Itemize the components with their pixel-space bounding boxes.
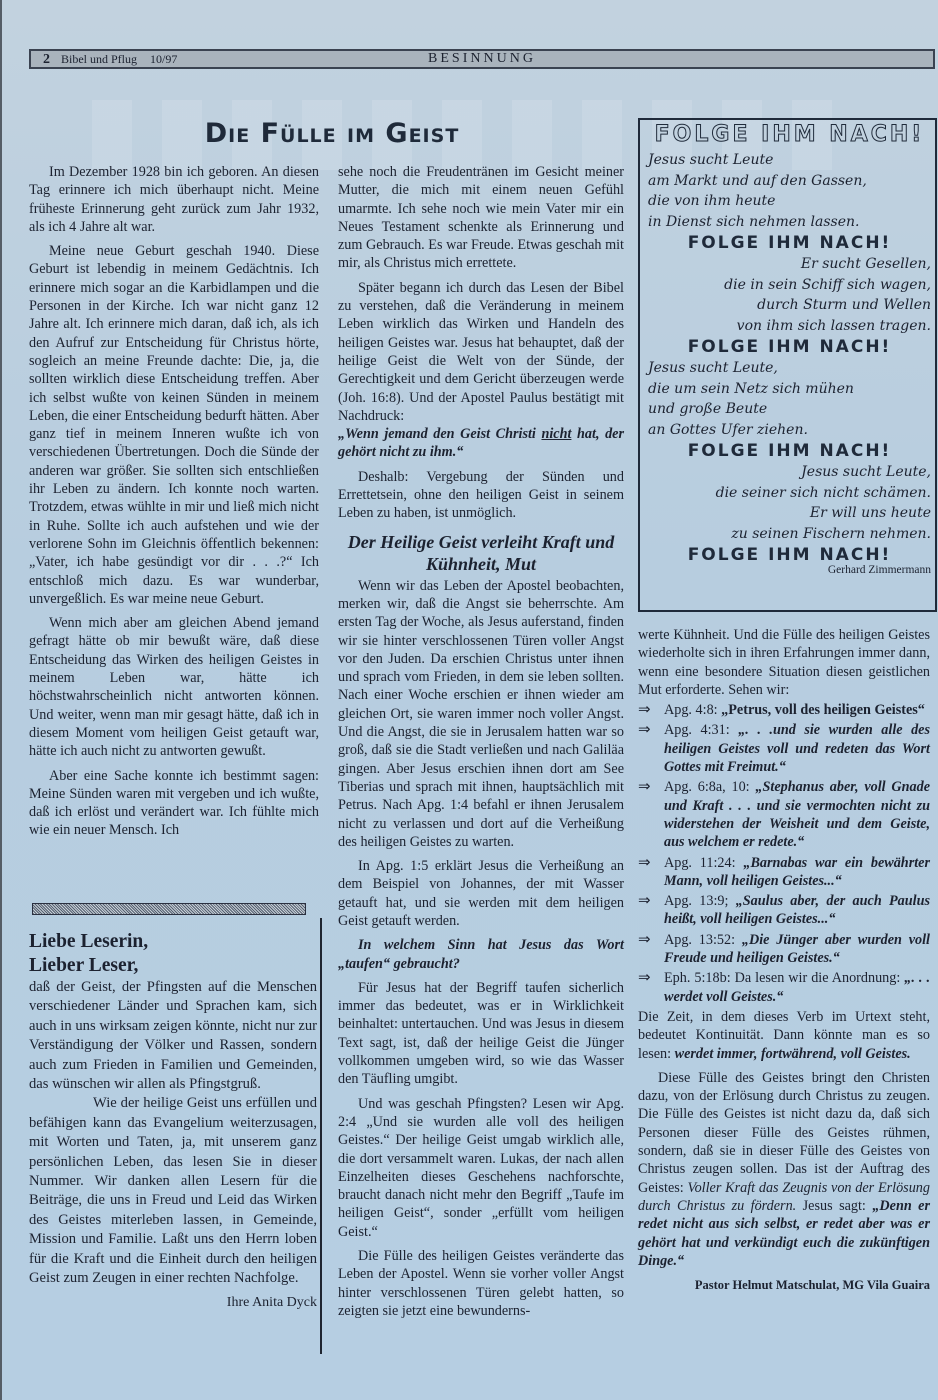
reference-label: Apg. 13:52: <box>664 932 742 948</box>
paragraph: Die Fülle des heiligen Geistes verändert… <box>338 1247 624 1320</box>
right-double-arrow-icon: ⇒ <box>638 854 651 872</box>
scripture-reference: ⇒Apg. 4:8: „Petrus, voll des heiligen Ge… <box>638 701 930 719</box>
paragraph-text: Jesus sagt: <box>796 1198 872 1214</box>
page-header-bar: 2 Bibel und Pflug 10/97 BESINNUNG <box>29 49 935 69</box>
letter-paragraph: Wie der heilige Geist uns erfüllen und b… <box>29 1094 317 1288</box>
poem-line: am Markt und auf den Gassen, <box>648 171 931 192</box>
article-column-2: sehe noch die Freudentränen im Gesicht m… <box>338 163 624 1326</box>
poem-line: Jesus sucht Leute <box>648 150 931 171</box>
reference-label: Apg. 4:8: <box>664 702 721 718</box>
poem-line: Jesus sucht Leute, <box>648 462 931 483</box>
reference-label: Apg. 13:9; <box>664 893 736 909</box>
paragraph: Wenn wir das Leben der Apostel beobachte… <box>338 577 624 851</box>
letter-signature: Ihre Anita Dyck <box>29 1293 317 1312</box>
paragraph: Wenn mich aber am gleichen Abend jemand … <box>29 614 319 760</box>
paragraph: Diese Fülle des Geistes bringt den Chris… <box>638 1069 930 1270</box>
scripture-reference: ⇒Apg. 13:52: „Die Jünger aber wurden vol… <box>638 931 930 968</box>
right-double-arrow-icon: ⇒ <box>638 701 651 719</box>
subheading: Der Heilige Geist verleiht Kraft und Küh… <box>338 531 624 575</box>
reference-label: Apg. 11:24: <box>664 855 743 871</box>
poem-line: von ihm sich lassen tragen. <box>648 316 931 337</box>
editor-letter: Liebe Leserin, Lieber Leser, daß der Gei… <box>29 930 317 1312</box>
right-double-arrow-icon: ⇒ <box>638 969 651 987</box>
poem-line: durch Sturm und Wellen <box>648 295 931 316</box>
poem-refrain: FOLGE IHM NACH! <box>648 232 931 254</box>
poem-line: die von ihm heute <box>648 191 931 212</box>
paragraph: Später begann ich durch das Lesen der Bi… <box>338 279 624 425</box>
poem-stanza: Er sucht Gesellen, die in sein Schiff si… <box>648 254 931 336</box>
scripture-reference: ⇒Apg. 4:31: „. . .und sie wurden alle de… <box>638 721 930 776</box>
poem-stanza: Jesus sucht Leute, die um sein Netz sich… <box>648 358 931 440</box>
paragraph: In Apg. 1:5 erklärt Jesus die Verheißung… <box>338 857 624 930</box>
scripture-reference-list: ⇒Apg. 4:8: „Petrus, voll des heiligen Ge… <box>638 701 930 1006</box>
paragraph: Für Jesus hat der Begriff taufen sicherl… <box>338 979 624 1089</box>
paragraph: Und was geschah Pfingsten? Lesen wir Apg… <box>338 1095 624 1241</box>
poem-line: die um sein Netz sich mühen <box>648 379 931 400</box>
poem-refrain: FOLGE IHM NACH! <box>648 440 931 462</box>
poem-line: die in sein Schiff sich wagen, <box>648 275 931 296</box>
poem-refrain: FOLGE IHM NACH! <box>648 544 931 566</box>
paragraph: Deshalb: Vergebung der Sünden und Errett… <box>338 468 624 523</box>
poem-refrain: FOLGE IHM NACH! <box>648 336 931 358</box>
reference-label: Apg. 4:31: <box>664 722 738 738</box>
poem-line: und große Beute <box>648 399 931 420</box>
letter-paragraph: daß der Geist, der Pfingsten auf die Men… <box>29 978 317 1094</box>
right-double-arrow-icon: ⇒ <box>638 721 651 739</box>
poem-line: zu seinen Fischern nehmen. <box>648 524 931 545</box>
right-double-arrow-icon: ⇒ <box>638 892 651 910</box>
article-title: Die Fülle im Geist <box>142 118 522 149</box>
reference-label: Eph. 5:18b: Da lesen wir die Anordnung: <box>664 970 904 986</box>
article-column-3: werte Kühnheit. Und die Fülle des heilig… <box>638 626 930 1294</box>
magazine-page: 2 Bibel und Pflug 10/97 BESINNUNG Die Fü… <box>0 0 938 1400</box>
paragraph-text: Später begann ich durch das Lesen der Bi… <box>338 280 624 424</box>
right-double-arrow-icon: ⇒ <box>638 931 651 949</box>
scripture-reference: ⇒Eph. 5:18b: Da lesen wir die Anordnung:… <box>638 969 930 1006</box>
poem-stanza: Jesus sucht Leute am Markt und auf den G… <box>648 150 931 232</box>
letter-salutation-1: Liebe Leserin, <box>29 930 317 954</box>
reference-label: Apg. 6:8a, 10: <box>664 779 755 795</box>
letter-salutation-2: Lieber Leser, <box>29 954 317 978</box>
section-title: BESINNUNG <box>31 51 933 67</box>
poem-line: Jesus sucht Leute, <box>648 358 931 379</box>
quote-text: „Wenn jemand den Geist Christi <box>338 426 541 442</box>
poem-line: die seiner sich nicht schämen. <box>648 483 931 504</box>
column-rule <box>320 918 322 1354</box>
article-signature: Pastor Helmut Matschulat, MG Vila Guaira <box>638 1276 930 1294</box>
paragraph: Aber eine Sache konnte ich bestimmt sage… <box>29 767 319 840</box>
paragraph: Die Zeit, in dem dieses Verb im Urtext s… <box>638 1008 930 1063</box>
poem-line: an Gottes Ufer ziehen. <box>648 420 931 441</box>
scripture-reference: ⇒Apg. 11:24: „Barnabas war ein bewährter… <box>638 854 930 891</box>
poem-stanza: Jesus sucht Leute, die seiner sich nicht… <box>648 462 931 544</box>
pull-quote: „Wenn jemand den Geist Christi nicht hat… <box>338 425 624 462</box>
paragraph: Im Dezember 1928 bin ich geboren. An die… <box>29 163 319 236</box>
poem-line: Er sucht Gesellen, <box>648 254 931 275</box>
section-divider <box>32 903 306 915</box>
paragraph: Meine neue Geburt geschah 1940. Diese Ge… <box>29 242 319 608</box>
paragraph: werte Kühnheit. Und die Fülle des heilig… <box>638 626 930 699</box>
poem-line: in Dienst sich nehmen lassen. <box>648 212 931 233</box>
question-heading: In welchem Sinn hat Jesus das Wort „tauf… <box>338 936 624 973</box>
right-double-arrow-icon: ⇒ <box>638 778 651 796</box>
emphasis-text: werdet immer, fortwährend, voll Geistes. <box>675 1046 911 1062</box>
poem-title: FOLGE IHM NACH! <box>648 120 931 150</box>
poem-box: FOLGE IHM NACH! Jesus sucht Leute am Mar… <box>638 118 937 612</box>
article-column-1: Im Dezember 1928 bin ich geboren. An die… <box>29 163 319 846</box>
quote-underlined: nicht <box>541 426 571 442</box>
scripture-reference: ⇒Apg. 13:9; „Saulus aber, der auch Paulu… <box>638 892 930 929</box>
scripture-reference: ⇒Apg. 6:8a, 10: „Stephanus aber, voll Gn… <box>638 778 930 851</box>
paragraph-text: Diese Fülle des Geistes bringt den Chris… <box>638 1070 930 1196</box>
poem-line: Er will uns heute <box>648 503 931 524</box>
reference-quote: „Petrus, voll des heiligen Geistes“ <box>721 702 925 718</box>
paragraph: sehe noch die Freudentränen im Gesicht m… <box>338 163 624 273</box>
